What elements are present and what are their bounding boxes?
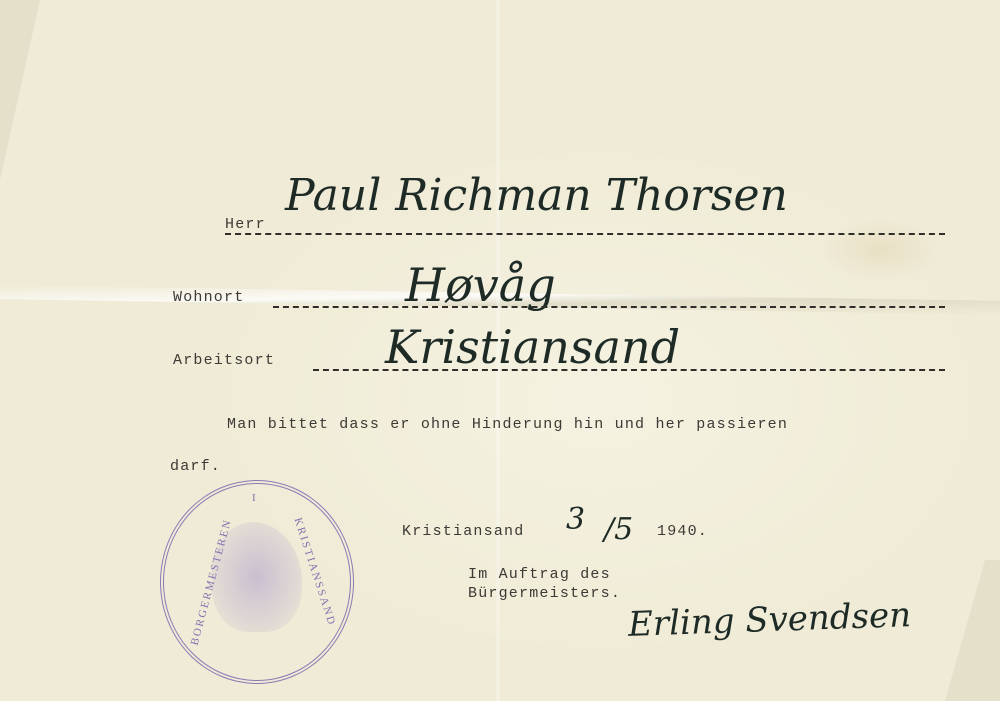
label-herr: Herr bbox=[225, 216, 266, 233]
handwritten-day: 3 bbox=[566, 502, 585, 537]
residence-underline bbox=[273, 306, 945, 308]
stamp-text-top: I bbox=[252, 492, 258, 504]
handwritten-residence: Høvåg bbox=[405, 258, 556, 312]
official-stamp: BORGERMESTEREN I KRISTIANSSAND bbox=[160, 480, 354, 684]
document-paper: Herr Paul Richman Thorsen Wohnort Høvåg … bbox=[0, 0, 1000, 701]
label-arbeitsort: Arbeitsort bbox=[173, 352, 275, 369]
place-text: Kristiansand bbox=[402, 523, 524, 540]
handwritten-name: Paul Richman Thorsen bbox=[285, 170, 788, 221]
name-underline bbox=[225, 233, 945, 235]
body-text-line1: Man bittet dass er ohne Hinderung hin un… bbox=[227, 416, 788, 433]
label-wohnort: Wohnort bbox=[173, 289, 244, 306]
authority-line1: Im Auftrag des bbox=[468, 566, 611, 583]
year-text: 1940. bbox=[657, 523, 708, 540]
handwritten-workplace: Kristiansand bbox=[385, 320, 680, 374]
body-text-line2: darf. bbox=[170, 458, 221, 475]
workplace-underline bbox=[313, 369, 945, 371]
signature: Erling Svendsen bbox=[627, 595, 911, 645]
handwritten-month: /5 bbox=[604, 512, 633, 547]
authority-line2: Bürgermeisters. bbox=[468, 585, 621, 602]
